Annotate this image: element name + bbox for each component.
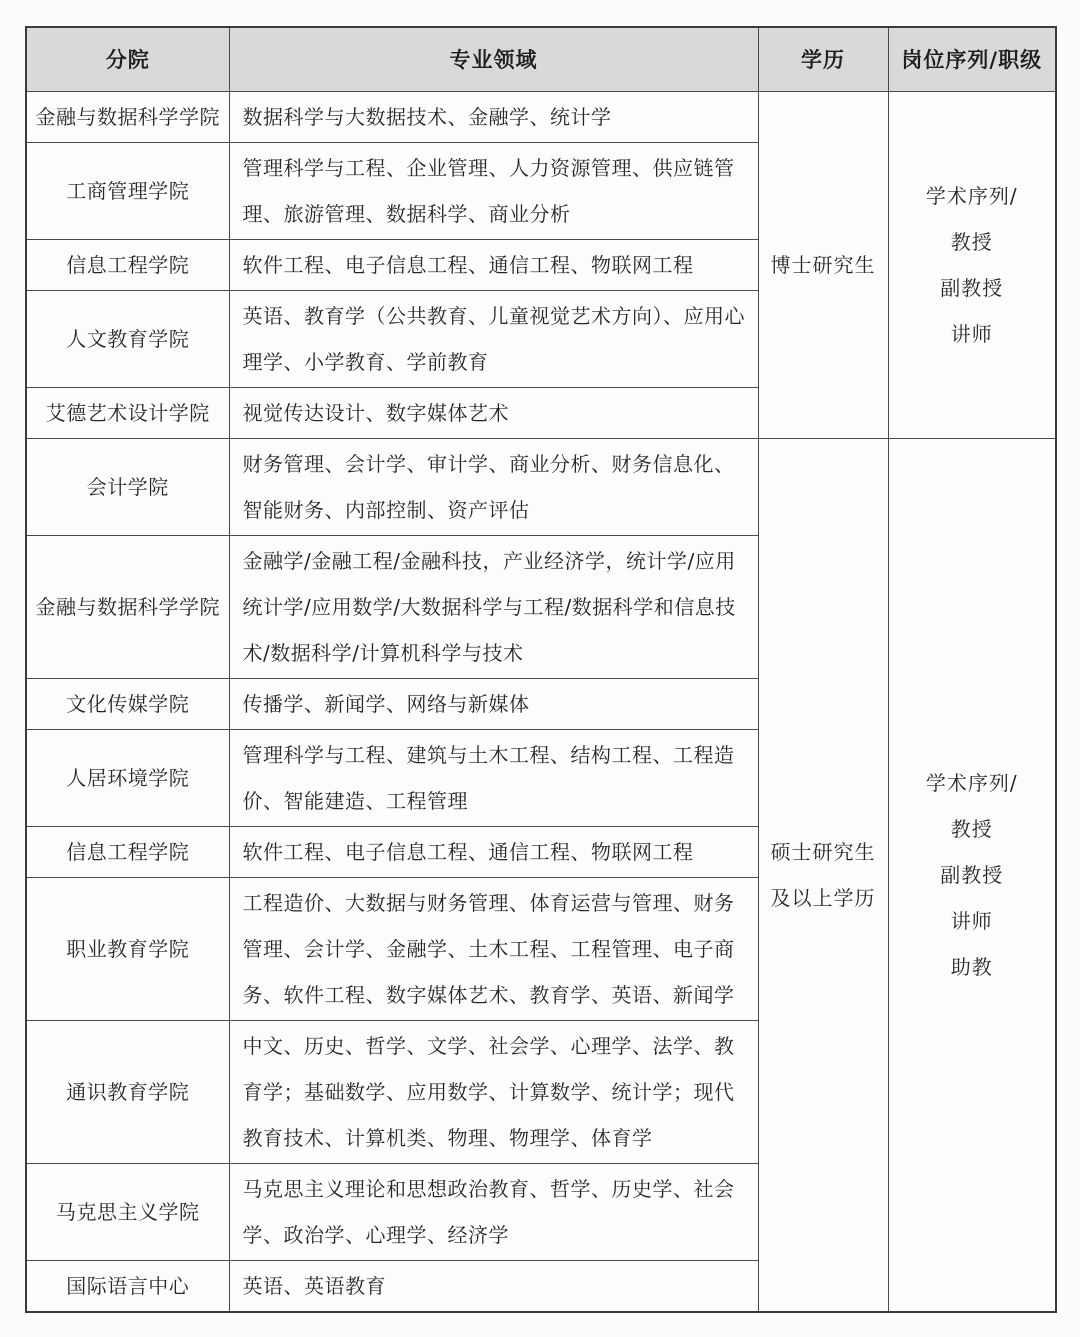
position-line: 副教授	[897, 265, 1048, 311]
college-cell: 金融与数据科学学院	[26, 535, 229, 678]
degree-cell: 硕士研究生及以上学历	[758, 438, 888, 1312]
fields-cell: 视觉传达设计、数字媒体艺术	[229, 387, 758, 438]
position-line: 讲师	[897, 898, 1048, 944]
fields-cell: 管理科学与工程、建筑与土木工程、结构工程、工程造价、智能建造、工程管理	[229, 729, 758, 826]
college-cell: 金融与数据科学学院	[26, 91, 229, 142]
college-cell: 信息工程学院	[26, 826, 229, 877]
fields-cell: 金融学/金融工程/金融科技，产业经济学，统计学/应用统计学/应用数学/大数据科学…	[229, 535, 758, 678]
fields-cell: 英语、英语教育	[229, 1260, 758, 1312]
recruitment-table: 分院 专业领域 学历 岗位序列/职级 金融与数据科学学院数据科学与大数据技术、金…	[25, 26, 1057, 1313]
college-cell: 会计学院	[26, 438, 229, 535]
recruitment-table-container: 分院 专业领域 学历 岗位序列/职级 金融与数据科学学院数据科学与大数据技术、金…	[0, 0, 1080, 1333]
college-cell: 人文教育学院	[26, 290, 229, 387]
position-line: 副教授	[897, 852, 1048, 898]
degree-line: 及以上学历	[767, 875, 880, 921]
degree-line: 博士研究生	[767, 242, 880, 288]
fields-cell: 英语、教育学（公共教育、儿童视觉艺术方向）、应用心理学、小学教育、学前教育	[229, 290, 758, 387]
position-line: 讲师	[897, 311, 1048, 357]
college-cell: 职业教育学院	[26, 877, 229, 1020]
table-body: 金融与数据科学学院数据科学与大数据技术、金融学、统计学博士研究生学术序列/教授副…	[26, 91, 1056, 1312]
college-cell: 信息工程学院	[26, 239, 229, 290]
fields-cell: 传播学、新闻学、网络与新媒体	[229, 678, 758, 729]
fields-cell: 软件工程、电子信息工程、通信工程、物联网工程	[229, 239, 758, 290]
college-cell: 艾德艺术设计学院	[26, 387, 229, 438]
header-degree: 学历	[758, 27, 888, 91]
header-positions: 岗位序列/职级	[888, 27, 1056, 91]
degree-line: 硕士研究生	[767, 829, 880, 875]
position-line: 学术序列/	[897, 173, 1048, 219]
fields-cell: 马克思主义理论和思想政治教育、哲学、历史学、社会学、政治学、心理学、经济学	[229, 1163, 758, 1260]
position-line: 学术序列/	[897, 760, 1048, 806]
fields-cell: 工程造价、大数据与财务管理、体育运营与管理、财务管理、会计学、金融学、土木工程、…	[229, 877, 758, 1020]
table-row: 金融与数据科学学院数据科学与大数据技术、金融学、统计学博士研究生学术序列/教授副…	[26, 91, 1056, 142]
position-line: 教授	[897, 806, 1048, 852]
fields-cell: 中文、历史、哲学、文学、社会学、心理学、法学、教育学；基础数学、应用数学、计算数…	[229, 1020, 758, 1163]
college-cell: 文化传媒学院	[26, 678, 229, 729]
table-header-row: 分院 专业领域 学历 岗位序列/职级	[26, 27, 1056, 91]
position-line: 助教	[897, 944, 1048, 990]
college-cell: 马克思主义学院	[26, 1163, 229, 1260]
degree-cell: 博士研究生	[758, 91, 888, 438]
fields-cell: 软件工程、电子信息工程、通信工程、物联网工程	[229, 826, 758, 877]
college-cell: 国际语言中心	[26, 1260, 229, 1312]
position-line: 教授	[897, 219, 1048, 265]
fields-cell: 管理科学与工程、企业管理、人力资源管理、供应链管理、旅游管理、数据科学、商业分析	[229, 142, 758, 239]
fields-cell: 财务管理、会计学、审计学、商业分析、财务信息化、智能财务、内部控制、资产评估	[229, 438, 758, 535]
positions-cell: 学术序列/教授副教授讲师	[888, 91, 1056, 438]
fields-cell: 数据科学与大数据技术、金融学、统计学	[229, 91, 758, 142]
table-row: 会计学院财务管理、会计学、审计学、商业分析、财务信息化、智能财务、内部控制、资产…	[26, 438, 1056, 535]
college-cell: 工商管理学院	[26, 142, 229, 239]
college-cell: 人居环境学院	[26, 729, 229, 826]
positions-cell: 学术序列/教授副教授讲师助教	[888, 438, 1056, 1312]
header-college: 分院	[26, 27, 229, 91]
header-fields: 专业领域	[229, 27, 758, 91]
college-cell: 通识教育学院	[26, 1020, 229, 1163]
